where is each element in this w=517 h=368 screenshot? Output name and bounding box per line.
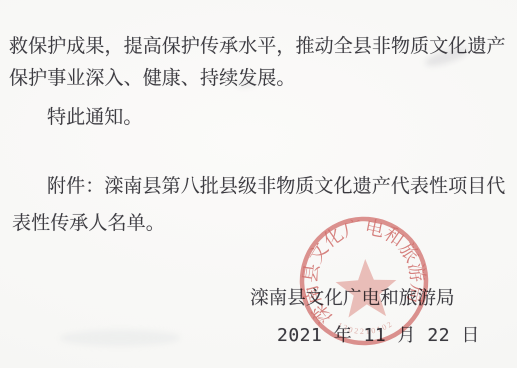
seal-arc-text: 滦南县文化广电和旅游局 — [288, 205, 435, 330]
scanned-notice-page: 救保护成果，提高保护传承水平，推动全县非物质文化遗产 保护事业深入、健康、持续发… — [0, 0, 517, 368]
svg-text:1302210102: 1302210102 — [336, 319, 396, 337]
svg-text:滦南县文化广电和旅游局: 滦南县文化广电和旅游局 — [288, 205, 435, 330]
seal-code-text: 1302210102 — [336, 319, 396, 337]
official-seal: 滦南县文化广电和旅游局 1302210102 — [0, 0, 517, 368]
seal-star-icon — [335, 258, 398, 318]
